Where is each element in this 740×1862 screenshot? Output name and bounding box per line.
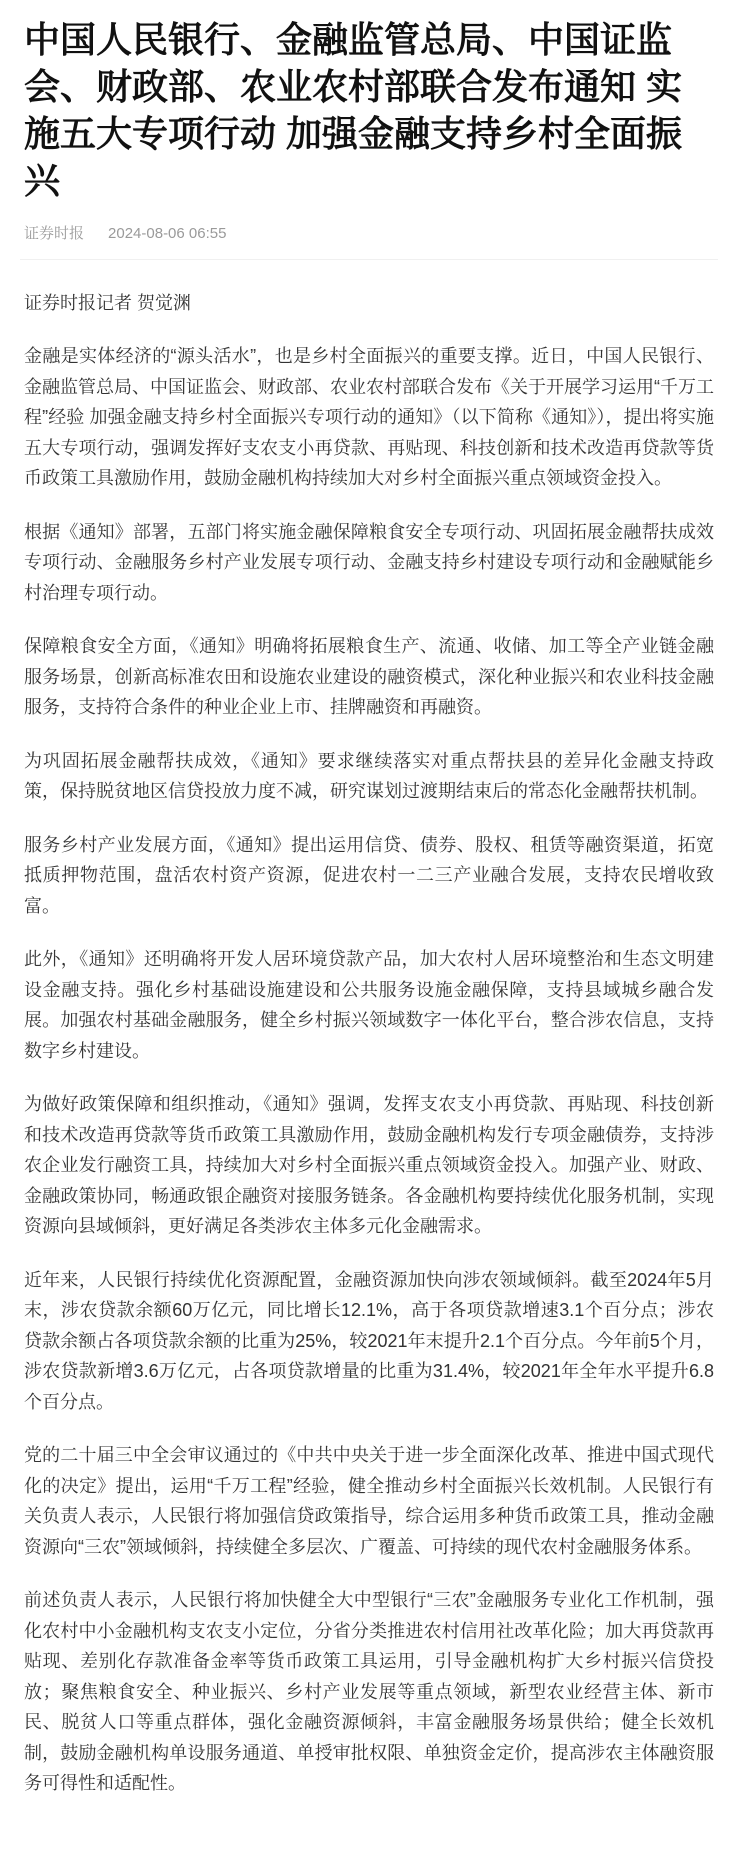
source-name: 证券时报 xyxy=(24,222,84,243)
article-paragraph: 近年来，人民银行持续优化资源配置，金融资源加快向涉农领域倾斜。截至2024年5月… xyxy=(24,1265,714,1418)
article-paragraph: 此外，《通知》还明确将开发人居环境贷款产品，加大农村人居环境整治和生态文明建设金… xyxy=(24,944,714,1066)
article-meta: 证券时报 2024-08-06 06:55 xyxy=(24,222,714,243)
article-body: 金融是实体经济的“源头活水”，也是乡村全面振兴的重要支撑。近日，中国人民银行、金… xyxy=(24,341,714,1799)
article-paragraph: 服务乡村产业发展方面，《通知》提出运用信贷、债券、股权、租赁等融资渠道，拓宽抵质… xyxy=(24,830,714,922)
meta-divider xyxy=(20,259,718,260)
article-paragraph: 为做好政策保障和组织推动，《通知》强调，发挥支农支小再贷款、再贴现、科技创新和技… xyxy=(24,1089,714,1242)
article-paragraph: 金融是实体经济的“源头活水”，也是乡村全面振兴的重要支撑。近日，中国人民银行、金… xyxy=(24,341,714,494)
article-paragraph: 党的二十届三中全会审议通过的《中共中央关于进一步全面深化改革、推进中国式现代化的… xyxy=(24,1440,714,1562)
article-paragraph: 保障粮食安全方面，《通知》明确将拓展粮食生产、流通、收储、加工等全产业链金融服务… xyxy=(24,631,714,723)
article-paragraph: 根据《通知》部署，五部门将实施金融保障粮食安全专项行动、巩固拓展金融帮扶成效专项… xyxy=(24,517,714,609)
article-paragraph: 为巩固拓展金融帮扶成效，《通知》要求继续落实对重点帮扶县的差异化金融支持政策，保… xyxy=(24,746,714,807)
publish-time: 2024-08-06 06:55 xyxy=(108,225,226,242)
article-title: 中国人民银行、金融监管总局、中国证监会、财政部、农业农村部联合发布通知 实施五大… xyxy=(24,16,714,204)
article-page: 中国人民银行、金融监管总局、中国证监会、财政部、农业农村部联合发布通知 实施五大… xyxy=(0,0,740,1862)
byline: 证券时报记者 贺觉渊 xyxy=(24,288,714,318)
article-paragraph: 前述负责人表示，人民银行将加快健全大中型银行“三农”金融服务专业化工作机制，强化… xyxy=(24,1585,714,1799)
